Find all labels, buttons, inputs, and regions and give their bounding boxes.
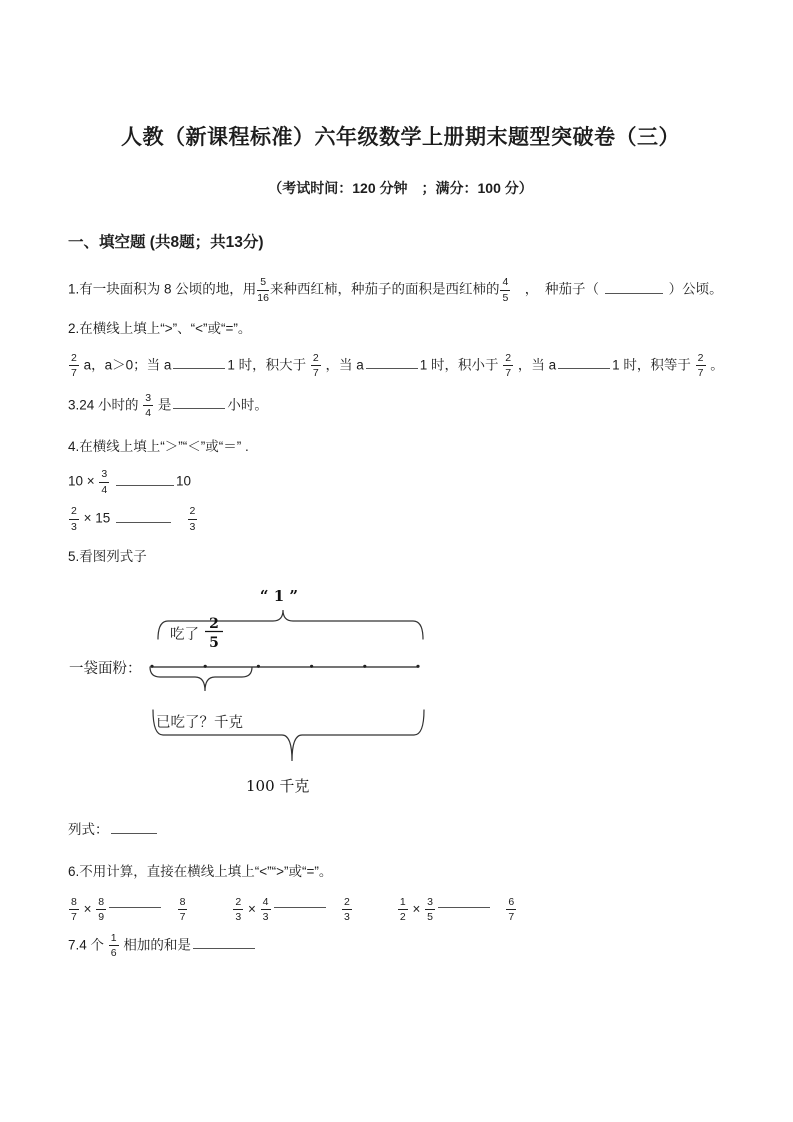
fraction: 23	[232, 897, 244, 923]
page-title: 人教（新课程标准）六年级数学上册期末题型突破卷（三）	[68, 121, 733, 151]
section-heading: 一、填空题 (共8题；共13分)	[68, 230, 733, 252]
fill-in-blank[interactable]	[438, 906, 490, 908]
fraction: 23	[68, 506, 80, 532]
fill-in-blank[interactable]	[173, 367, 225, 369]
fraction: 27	[502, 353, 514, 379]
diagram-ate-label: 吃了	[170, 626, 199, 643]
flour-bar-diagram: “ 1 ” 吃了 2 5 一袋面粉： 已吃了？千克	[68, 577, 450, 799]
fill-in-blank[interactable]	[193, 947, 255, 949]
question-4-item-1: 10 × 34 10	[68, 469, 733, 495]
fill-in-blank[interactable]	[116, 521, 171, 523]
question-5-expression-line: 列式：	[68, 821, 733, 839]
fill-in-blank[interactable]	[558, 367, 610, 369]
diagram-bag-label: 一袋面粉：	[69, 659, 142, 677]
fill-in-blank[interactable]	[366, 367, 418, 369]
fill-in-blank[interactable]	[173, 407, 225, 409]
diagram-total-label: 100 千克	[246, 777, 309, 795]
fraction: 23	[341, 897, 353, 923]
question-6-instruction: 6.不用计算，直接在横线上填上“<”“>”或“=”。	[68, 863, 733, 881]
fill-in-blank[interactable]	[274, 906, 326, 908]
fraction: 87	[177, 897, 189, 923]
fraction: 34	[142, 393, 154, 419]
exam-info: （考试时间：120 分钟 ；满分：100 分）	[68, 178, 733, 198]
question-4-instruction: 4.在横线上填上“＞”“＜”或“＝” .	[68, 438, 733, 456]
question-4-item-2: 23 × 15 23	[68, 506, 733, 532]
fraction: 35	[424, 897, 436, 923]
question-7: 7.4 个 16 相加的和是	[68, 933, 733, 959]
diagram-ate-fraction-numerator: 2	[209, 616, 219, 632]
fraction: 43	[260, 897, 272, 923]
fraction: 89	[95, 897, 107, 923]
question-3: 3.24 小时的 34 是小时。	[68, 393, 733, 419]
question-2-instruction: 2.在横线上填上“>”、“<”或“=”。	[68, 320, 733, 338]
fraction: 27	[310, 353, 322, 379]
fill-in-blank[interactable]	[111, 832, 157, 834]
eaten-brace	[150, 667, 252, 691]
question-5: 5.看图列式子	[68, 548, 733, 566]
page-content: 人教（新课程标准）六年级数学上册期末题型突破卷（三） （考试时间：120 分钟 …	[0, 121, 793, 959]
fill-in-blank[interactable]	[109, 906, 161, 908]
fraction: 34	[98, 469, 110, 495]
fraction: 16	[108, 933, 120, 959]
fraction: 67	[505, 897, 517, 923]
fraction: 27	[68, 353, 80, 379]
diagram-whole-label: “ 1 ”	[260, 587, 298, 605]
fill-in-blank[interactable]	[116, 484, 174, 486]
question-6-comparisons: 87 × 89 8723 × 43 2312 × 35 67	[68, 897, 733, 923]
fraction: 45	[499, 277, 511, 303]
fraction: 12	[397, 897, 409, 923]
diagram-eaten-label: 已吃了？千克	[156, 713, 243, 731]
diagram-ate-fraction-denominator: 5	[209, 635, 219, 651]
fraction: 516	[256, 277, 270, 303]
question-1: 1.有一块面积为 8 公顷的地，用516来种西红柿，种茄子的面积是西红柿的45 …	[68, 277, 733, 303]
fraction: 23	[187, 506, 199, 532]
fill-in-blank[interactable]	[605, 292, 663, 294]
fraction: 27	[695, 353, 707, 379]
question-2-body: 27 a，a＞0；当 a1 时，积大于 27 ，当 a1 时，积小于 27 ，当…	[68, 353, 733, 379]
document-page: 人教（新课程标准）六年级数学上册期末题型突破卷（三） （考试时间：120 分钟 …	[0, 0, 793, 1122]
fraction: 87	[68, 897, 80, 923]
